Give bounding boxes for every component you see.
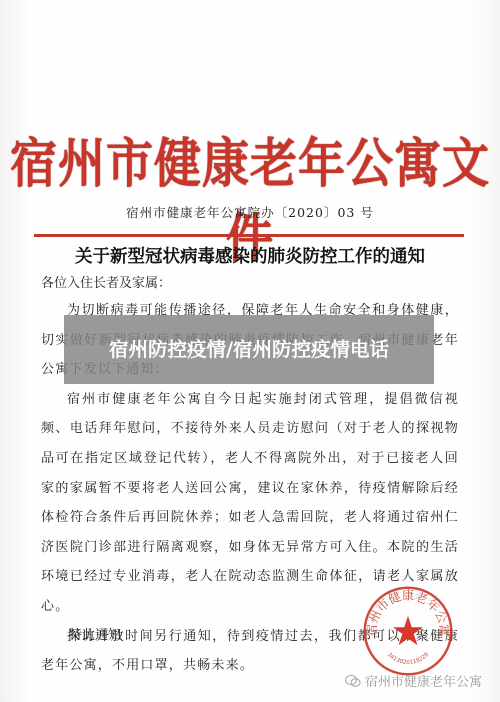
document-number: 宿州市健康老年公寓院办〔2020〕03 号 (0, 203, 500, 221)
red-divider (34, 234, 464, 237)
watermark-text: 宿州市健康老年公寓 (365, 671, 482, 690)
svg-text:3413020118229: 3413020118229 (386, 652, 431, 666)
wechat-icon (345, 674, 361, 688)
closing-text: 特此通知 (69, 624, 121, 643)
headline-overlay[interactable]: 宿州防控疫情/宿州防控疫情电话 (64, 315, 434, 384)
headline-title[interactable]: 宿州防控疫情/宿州防控疫情电话 (84, 337, 414, 362)
notice-title: 关于新型冠状病毒感染的肺炎防控工作的通知 (0, 243, 500, 268)
wechat-watermark: 宿州市健康老年公寓 (345, 671, 482, 690)
salutation: 各位入住长者及家属： (41, 272, 171, 291)
official-seal-icon: 宿州市健康老年公寓 3413020118229 (361, 584, 455, 678)
